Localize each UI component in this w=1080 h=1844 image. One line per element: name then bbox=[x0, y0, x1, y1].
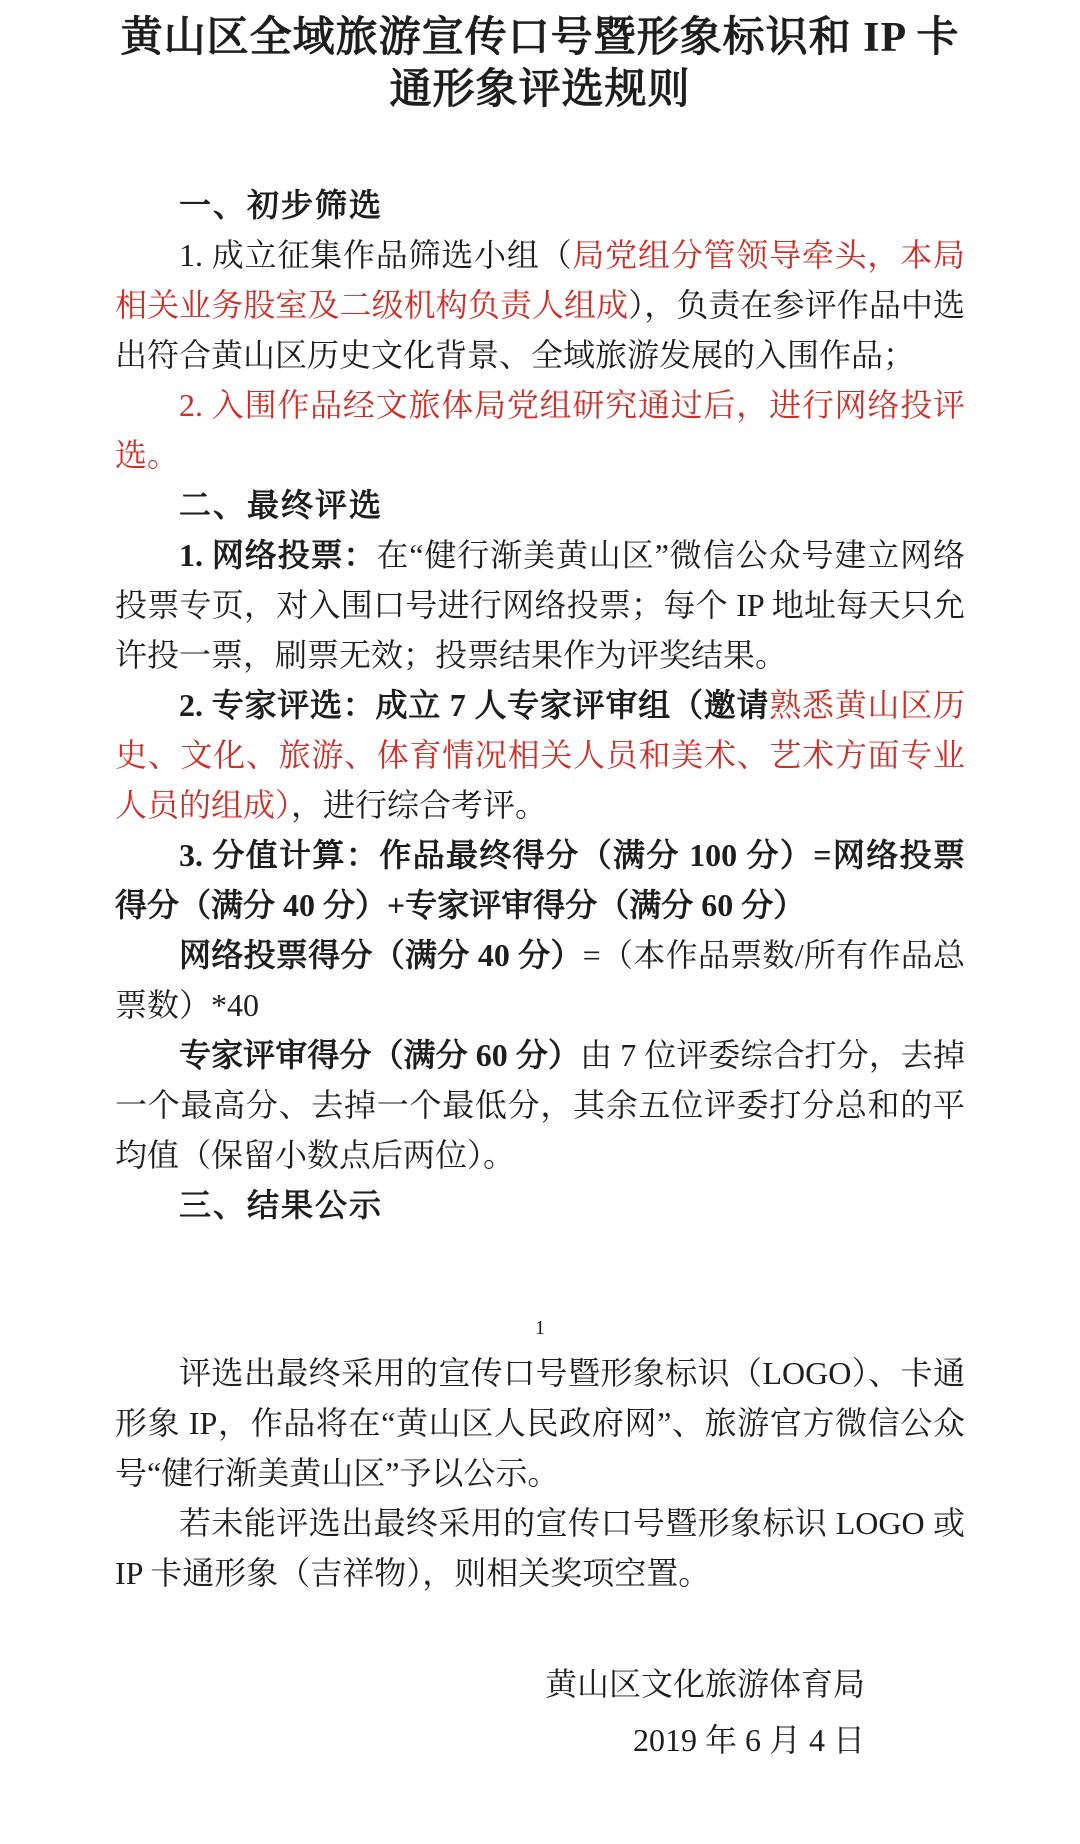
text-run: 1. 成立征集作品筛选小组（ bbox=[179, 237, 572, 273]
paragraph: 若未能评选出最终采用的宣传口号暨形象标识 LOGO 或 IP 卡通形象（吉祥物）… bbox=[115, 1498, 965, 1598]
document-page: 黄山区全域旅游宣传口号暨形象标识和 IP 卡通形象评选规则 一、初步筛选1. 成… bbox=[0, 0, 1080, 1844]
document-body-page2: 评选出最终采用的宣传口号暨形象标识（LOGO）、卡通形象 IP，作品将在“黄山区… bbox=[115, 1348, 965, 1598]
text-run: 3. 分值计算：作品最终得分（满分 100 分）=网络投票得分（满分 40 分）… bbox=[115, 837, 965, 923]
text-run: 评选出最终采用的宣传口号暨形象标识（LOGO）、卡通形象 IP，作品将在“黄山区… bbox=[115, 1355, 965, 1491]
paragraph: 网络投票得分（满分 40 分）=（本作品票数/所有作品总票数）*40 bbox=[115, 930, 965, 1030]
text-run: 2. 入围作品经文旅体局党组研究通过后，进行网络投评选。 bbox=[115, 387, 965, 473]
section-heading: 一、初步筛选 bbox=[115, 180, 965, 230]
section-heading: 二、最终评选 bbox=[115, 480, 965, 530]
text-run: 专家评审得分（满分 60 分） bbox=[179, 1037, 580, 1073]
section-heading: 三、结果公示 bbox=[115, 1180, 965, 1230]
text-run: 二、最终评选 bbox=[179, 487, 383, 523]
page-number: 1 bbox=[115, 1316, 965, 1340]
paragraph: 专家评审得分（满分 60 分）由 7 位评委综合打分，去掉一个最高分、去掉一个最… bbox=[115, 1030, 965, 1180]
text-run: 1. 网络投票： bbox=[179, 537, 376, 573]
text-run: 若未能评选出最终采用的宣传口号暨形象标识 LOGO 或 IP 卡通形象（吉祥物）… bbox=[115, 1505, 965, 1591]
paragraph: 评选出最终采用的宣传口号暨形象标识（LOGO）、卡通形象 IP，作品将在“黄山区… bbox=[115, 1348, 965, 1498]
signature-org: 黄山区文化旅游体育局 bbox=[115, 1656, 865, 1712]
text-run: 三、结果公示 bbox=[179, 1187, 383, 1223]
paragraph: 1. 网络投票：在“健行渐美黄山区”微信公众号建立网络投票专页，对入围口号进行网… bbox=[115, 530, 965, 680]
paragraph: 2. 专家评选：成立 7 人专家评审组（邀请熟悉黄山区历史、文化、旅游、体育情况… bbox=[115, 680, 965, 830]
paragraph: 1. 成立征集作品筛选小组（局党组分管领导牵头，本局相关业务股室及二级机构负责人… bbox=[115, 230, 965, 380]
paragraph: 2. 入围作品经文旅体局党组研究通过后，进行网络投评选。 bbox=[115, 380, 965, 480]
document-title: 黄山区全域旅游宣传口号暨形象标识和 IP 卡通形象评选规则 bbox=[115, 12, 965, 116]
signature-block: 黄山区文化旅游体育局 2019 年 6 月 4 日 bbox=[115, 1656, 965, 1768]
text-run: 网络投票得分（满分 40 分） bbox=[179, 937, 583, 973]
document-body-page1: 一、初步筛选1. 成立征集作品筛选小组（局党组分管领导牵头，本局相关业务股室及二… bbox=[115, 180, 965, 1230]
signature-date: 2019 年 6 月 4 日 bbox=[115, 1712, 865, 1768]
text-run: 2. 专家评选：成立 7 人专家评审组（邀请 bbox=[179, 687, 769, 723]
paragraph: 3. 分值计算：作品最终得分（满分 100 分）=网络投票得分（满分 40 分）… bbox=[115, 830, 965, 930]
text-run: ，进行综合考评。 bbox=[291, 787, 547, 823]
text-run: 一、初步筛选 bbox=[179, 187, 383, 223]
